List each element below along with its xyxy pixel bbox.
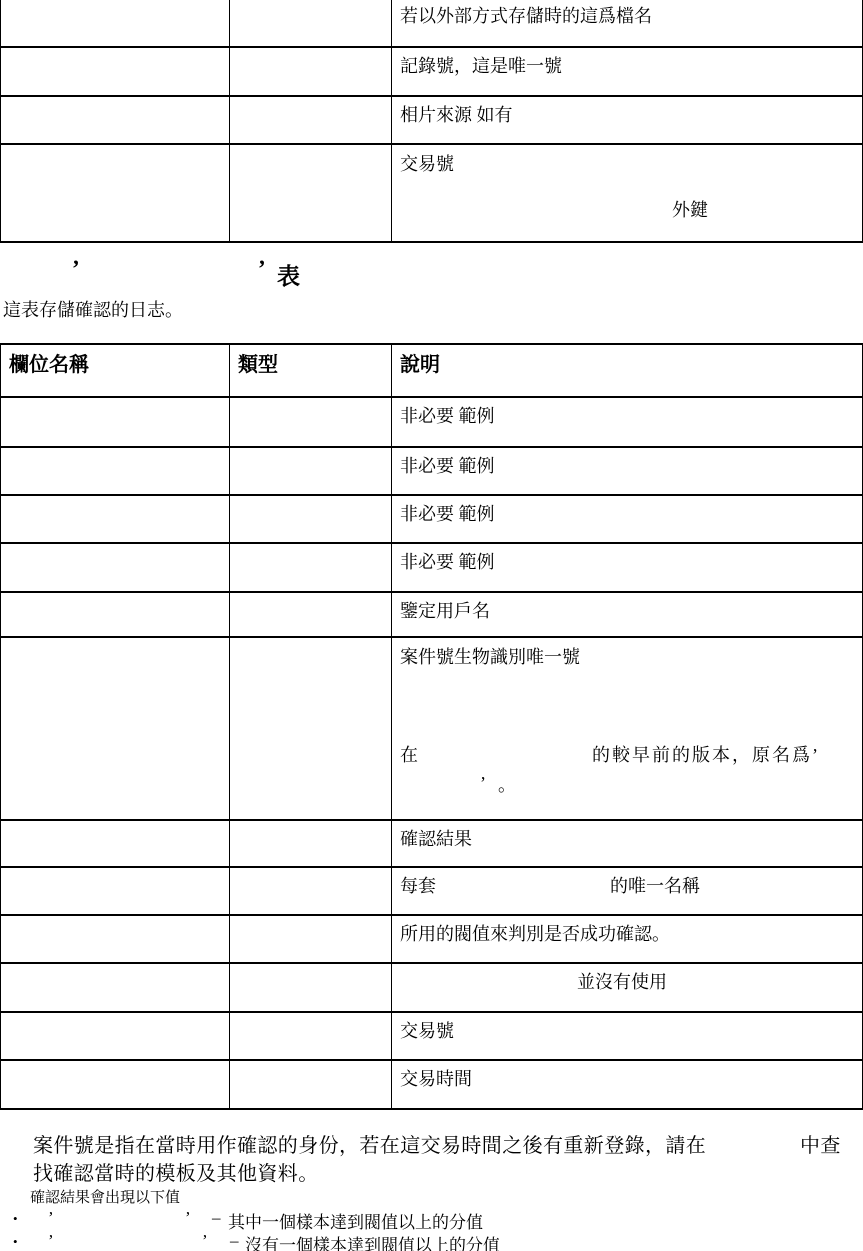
footer-note: 確認結果會出現以下值 — [30, 1186, 180, 1207]
column-header-type: 類型 — [230, 344, 392, 397]
field-name-cell — [1, 592, 230, 637]
section-heading: ’ ’ 表 — [0, 254, 863, 292]
type-cell — [230, 637, 392, 820]
dash: – — [230, 1231, 239, 1251]
table-row: 並沒有使用 — [1, 963, 863, 1012]
column-header-description: 說明 — [392, 344, 863, 397]
type-cell — [230, 543, 392, 592]
footer-paragraph-line1: 案件號是指在當時用作確認的身份，若在這交易時間之後有重新登錄，請在 中查 — [33, 1129, 861, 1155]
description-cell: 交易號 — [392, 1012, 863, 1060]
description-cell: 非必要 範例 — [392, 397, 863, 447]
table-row: 若以外部方式存儲時的這爲檔名 — [1, 0, 863, 47]
header-text: 類型 — [238, 354, 278, 376]
footer-paragraph-line2: 找確認當時的模板及其他資料。 — [33, 1157, 319, 1186]
confirm-log-field-table: 欄位名稱 類型 說明 非必要 範例 非必要 範例 非必要 範例 — [0, 343, 863, 1110]
field-name-cell — [1, 1012, 230, 1060]
type-cell — [230, 96, 392, 144]
description-cell: 並沒有使用 — [392, 963, 863, 1012]
field-name-cell — [1, 96, 230, 144]
type-cell — [230, 592, 392, 637]
description-text: 在 — [400, 744, 418, 767]
description-cell: 非必要 範例 — [392, 495, 863, 543]
table-row: 所用的閥值來判別是否成功確認。 — [1, 915, 863, 963]
footer-text: 案件號是指在當時用作確認的身份，若在這交易時間之後有重新登錄，請在 — [33, 1135, 706, 1157]
table-row: 非必要 範例 — [1, 543, 863, 592]
table-row: 交易號 — [1, 1012, 863, 1060]
field-name-cell — [1, 543, 230, 592]
description-text: 的唯一名稱 — [610, 875, 700, 898]
table-row: 交易時間 — [1, 1060, 863, 1109]
type-cell — [230, 447, 392, 495]
field-name-cell — [1, 963, 230, 1012]
field-name-cell — [1, 915, 230, 963]
table-row: 交易號 外鍵 — [1, 144, 863, 242]
quote-mark: ’ — [48, 1231, 54, 1251]
intro-text: 這表存儲確認的日志。 — [3, 296, 183, 322]
description-cell: 交易時間 — [392, 1060, 863, 1109]
description-cell: 確認結果 — [392, 820, 863, 867]
table-row: 記錄號，這是唯一號 — [1, 47, 863, 96]
description-cell: 非必要 範例 — [392, 543, 863, 592]
field-table-top: 若以外部方式存儲時的這爲檔名 記錄號，這是唯一號 相片來源 如有 交易號 外鍵 — [0, 0, 863, 243]
bullet-item: • ’ ’ – 其中一個樣本達到閥值以上的分值 — [0, 1208, 863, 1231]
table-row: 案件號生物識別唯一號 在 的較早前的版本，原名爲’ ’ 。 — [1, 637, 863, 820]
type-cell — [230, 0, 392, 47]
table-row: 鑒定用戶名 — [1, 592, 863, 637]
description-text: 交易號 — [400, 1020, 454, 1043]
field-name-cell — [1, 1060, 230, 1109]
description-cell: 案件號生物識別唯一號 在 的較早前的版本，原名爲’ ’ 。 — [392, 637, 863, 820]
description-text: 非必要 範例 — [400, 503, 495, 526]
type-cell — [230, 820, 392, 867]
description-text: 每套 — [400, 875, 436, 898]
description-cell: 鑒定用戶名 — [392, 592, 863, 637]
description-cell: 每套 的唯一名稱 — [392, 867, 863, 915]
description-text: 案件號生物識別唯一號 — [400, 646, 580, 669]
field-name-cell — [1, 820, 230, 867]
description-cell: 相片來源 如有 — [392, 96, 863, 144]
description-text: 的較早前的版本，原名爲’ — [592, 744, 820, 767]
type-cell — [230, 963, 392, 1012]
table-row: 非必要 範例 — [1, 397, 863, 447]
header-text: 說明 — [400, 354, 440, 376]
bullet-dot-icon: • — [13, 1211, 18, 1227]
description-cell: 若以外部方式存儲時的這爲檔名 — [392, 0, 863, 47]
quote-mark: ’ — [185, 1208, 191, 1228]
field-name-cell — [1, 495, 230, 543]
quote-mark: ’ — [480, 772, 486, 795]
field-name-cell — [1, 144, 230, 242]
quote-mark: ’ — [202, 1231, 208, 1251]
field-name-cell — [1, 397, 230, 447]
type-cell — [230, 144, 392, 242]
table-row: 相片來源 如有 — [1, 96, 863, 144]
type-cell — [230, 867, 392, 915]
description-text: 相片來源 如有 — [400, 104, 513, 127]
type-cell — [230, 1012, 392, 1060]
description-text: 非必要 範例 — [400, 405, 495, 428]
heading-word: 表 — [277, 258, 300, 291]
header-text: 欄位名稱 — [9, 354, 89, 376]
description-text: 非必要 範例 — [400, 551, 495, 574]
description-text: 交易號 — [400, 153, 454, 176]
field-name-cell — [1, 637, 230, 820]
type-cell — [230, 47, 392, 96]
field-name-cell — [1, 867, 230, 915]
field-name-cell — [1, 447, 230, 495]
field-name-cell — [1, 0, 230, 47]
document-page: 若以外部方式存儲時的這爲檔名 記錄號，這是唯一號 相片來源 如有 交易號 外鍵 — [0, 0, 863, 1251]
column-header-field-name: 欄位名稱 — [1, 344, 230, 397]
bullet-item: • ’ ’ – 沒有一個樣本達到閥值以上的分值 — [0, 1231, 863, 1251]
foreign-key-label: 外鍵 — [672, 199, 708, 222]
description-text: 若以外部方式存儲時的這爲檔名 — [400, 5, 652, 28]
bullet-dot-icon: • — [13, 1234, 18, 1250]
description-text: 並沒有使用 — [577, 971, 667, 994]
description-text: 。 — [498, 774, 516, 797]
table-header-row: 欄位名稱 類型 說明 — [1, 344, 863, 397]
bullet-text: 沒有一個樣本達到閥值以上的分值 — [245, 1231, 500, 1251]
description-text: 鑒定用戶名 — [400, 600, 490, 623]
description-text: 確認結果 — [400, 828, 472, 851]
description-cell: 交易號 外鍵 — [392, 144, 863, 242]
table-row: 每套 的唯一名稱 — [1, 867, 863, 915]
description-text: 交易時間 — [400, 1068, 472, 1091]
bullet-text: 其中一個樣本達到閥值以上的分值 — [228, 1208, 483, 1233]
heading-quote-mark: ’ — [258, 256, 266, 282]
type-cell — [230, 915, 392, 963]
table-row: 非必要 範例 — [1, 447, 863, 495]
field-name-cell — [1, 47, 230, 96]
dash: – — [212, 1208, 221, 1228]
description-text: 非必要 範例 — [400, 455, 495, 478]
type-cell — [230, 397, 392, 447]
description-text: 記錄號，這是唯一號 — [400, 55, 562, 78]
table-row: 確認結果 — [1, 820, 863, 867]
type-cell — [230, 1060, 392, 1109]
heading-quote-mark: ’ — [72, 256, 80, 282]
type-cell — [230, 495, 392, 543]
table-row: 非必要 範例 — [1, 495, 863, 543]
description-cell: 非必要 範例 — [392, 447, 863, 495]
description-cell: 所用的閥值來判別是否成功確認。 — [392, 915, 863, 963]
description-text: 所用的閥值來判別是否成功確認。 — [400, 923, 670, 946]
description-cell: 記錄號，這是唯一號 — [392, 47, 863, 96]
footer-text: 中查 — [800, 1129, 841, 1158]
quote-mark: ’ — [48, 1208, 54, 1228]
